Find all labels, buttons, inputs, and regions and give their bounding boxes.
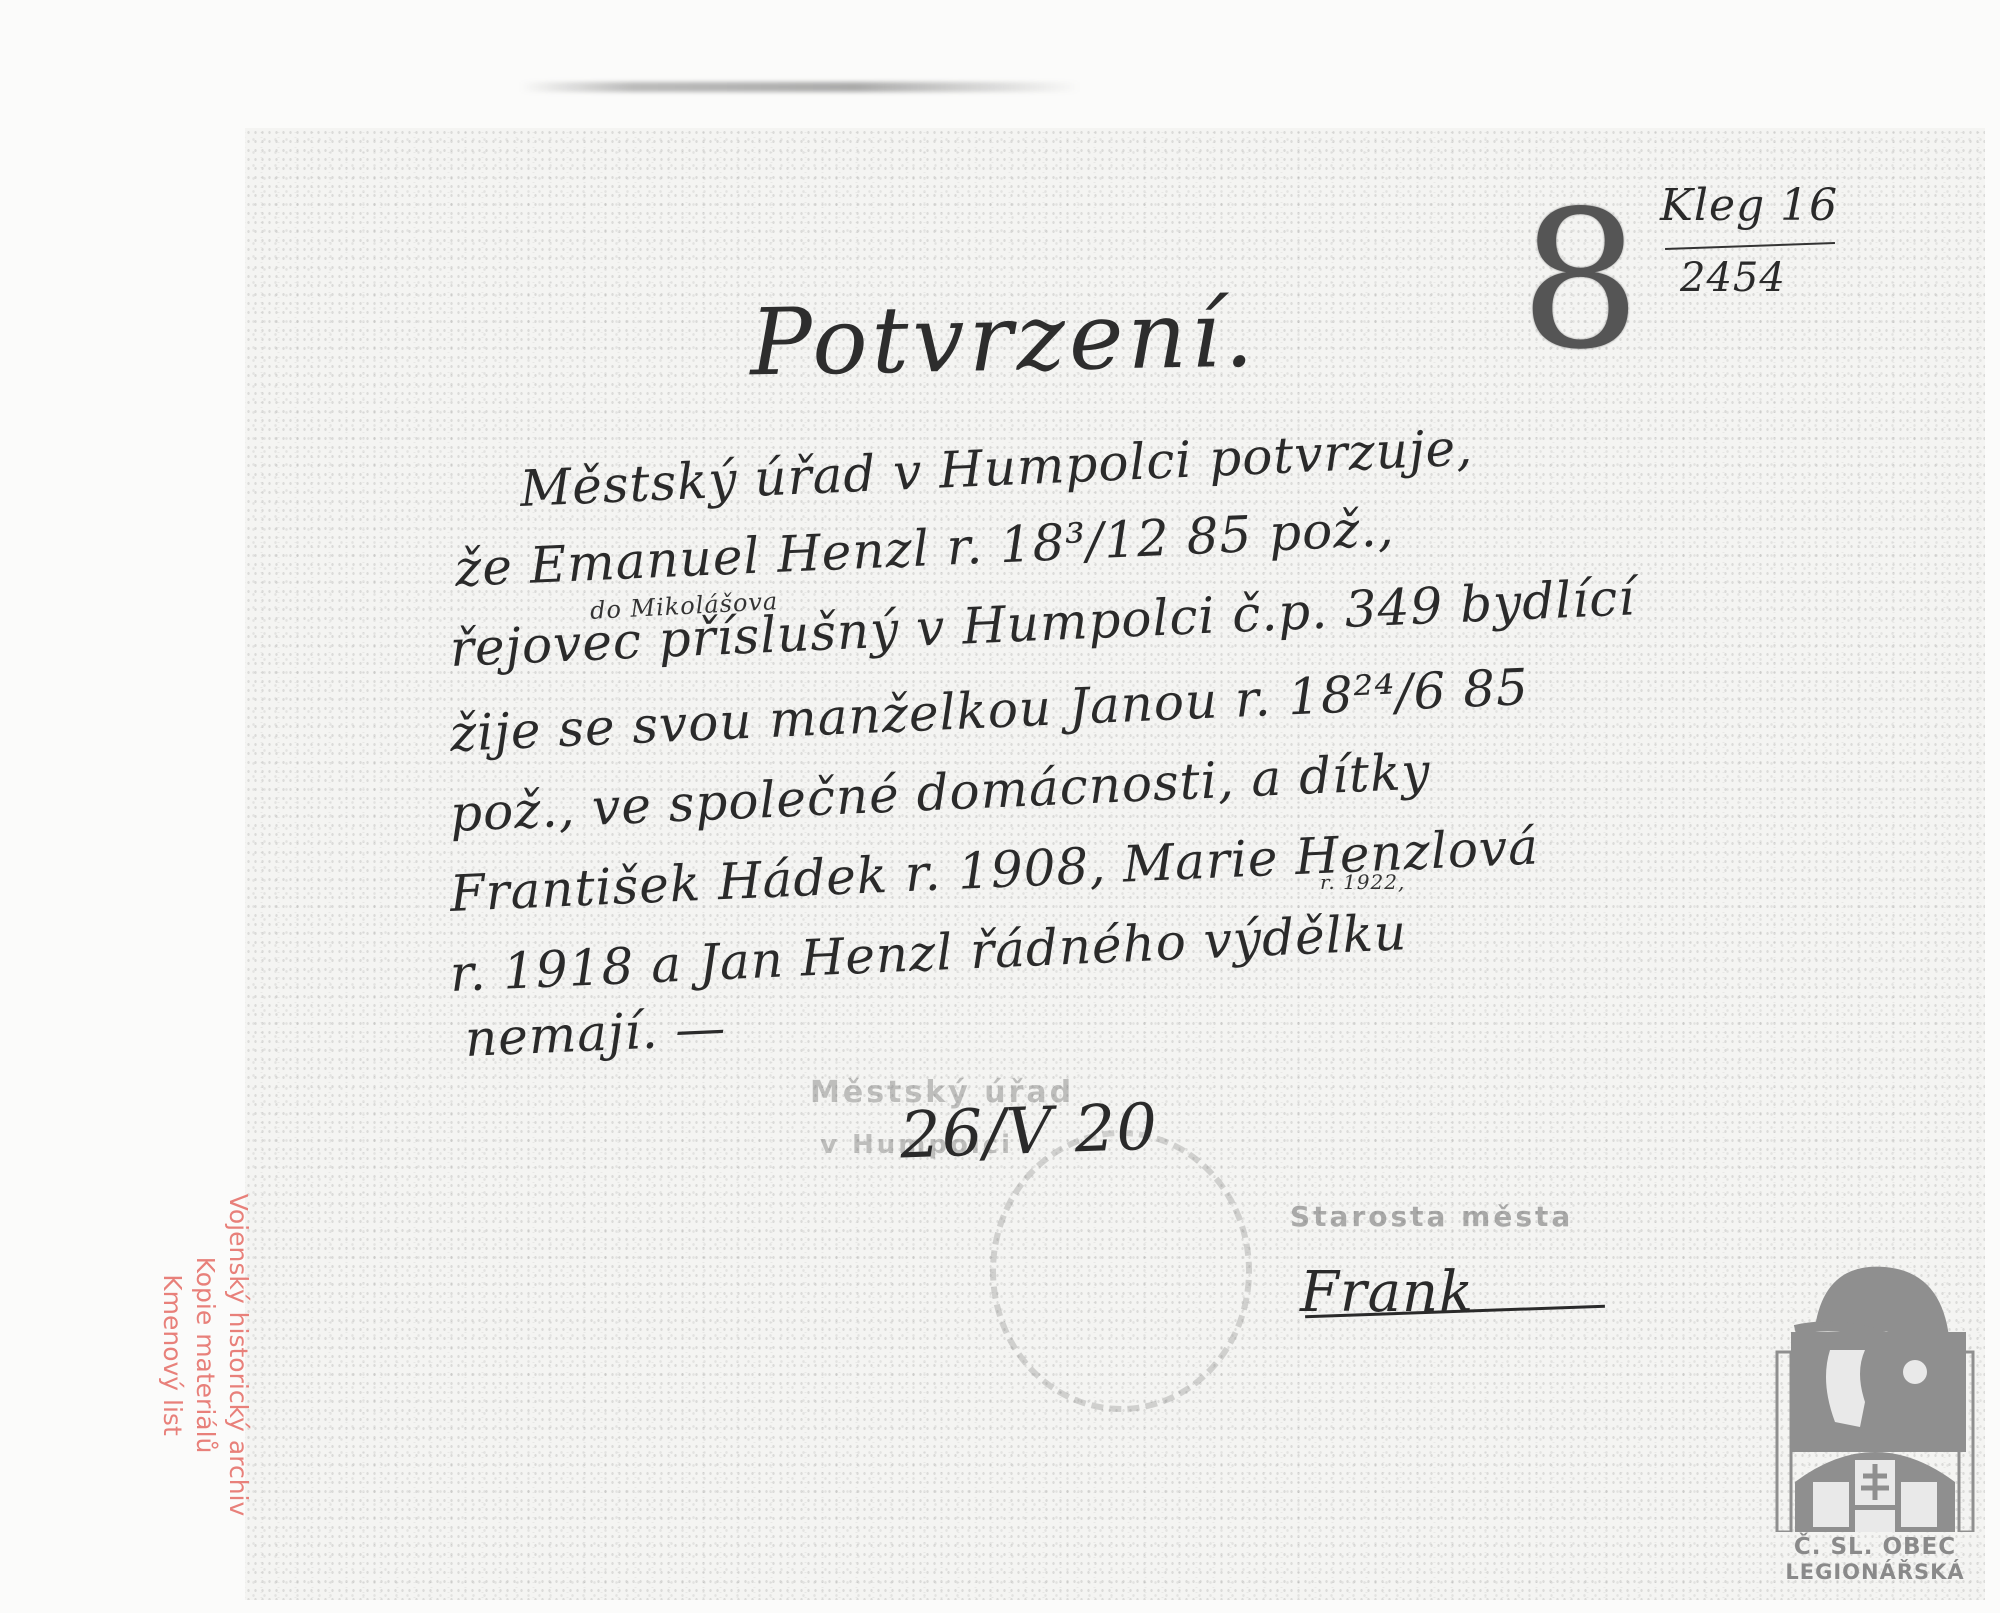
round-seal-stamp (990, 1130, 1252, 1412)
archive-stamp-line: Kmenový list (156, 1135, 189, 1575)
soldier-emblem-icon (1775, 1232, 1975, 1532)
archive-stamp-line: Vojenský historický archiv (222, 1135, 255, 1575)
document-date: 26/V 20 (899, 1091, 1159, 1174)
logo-text-line1: Č. SL. OBEC (1775, 1534, 1975, 1560)
reference-code-bottom: 2454 (1680, 255, 1786, 301)
mayor-title-stamp: Starosta města (1290, 1200, 1573, 1233)
reference-code-top: Kleg 16 (1660, 180, 1838, 231)
legion-logo: Č. SL. OBEC LEGIONÁŘSKÁ (1775, 1232, 1975, 1588)
archive-stamp: Vojenský historický archiv Kopie materiá… (150, 1135, 255, 1575)
scan-artifact-streak (520, 82, 1080, 92)
document-title: Potvrzení. (749, 281, 1258, 397)
archive-stamp-line: Kopie materiálů (189, 1135, 222, 1575)
logo-text-line2: LEGIONÁŘSKÁ (1775, 1560, 1975, 1584)
body-line: nemají. — (464, 999, 728, 1068)
pencil-reference-number: 8 (1520, 170, 1642, 391)
